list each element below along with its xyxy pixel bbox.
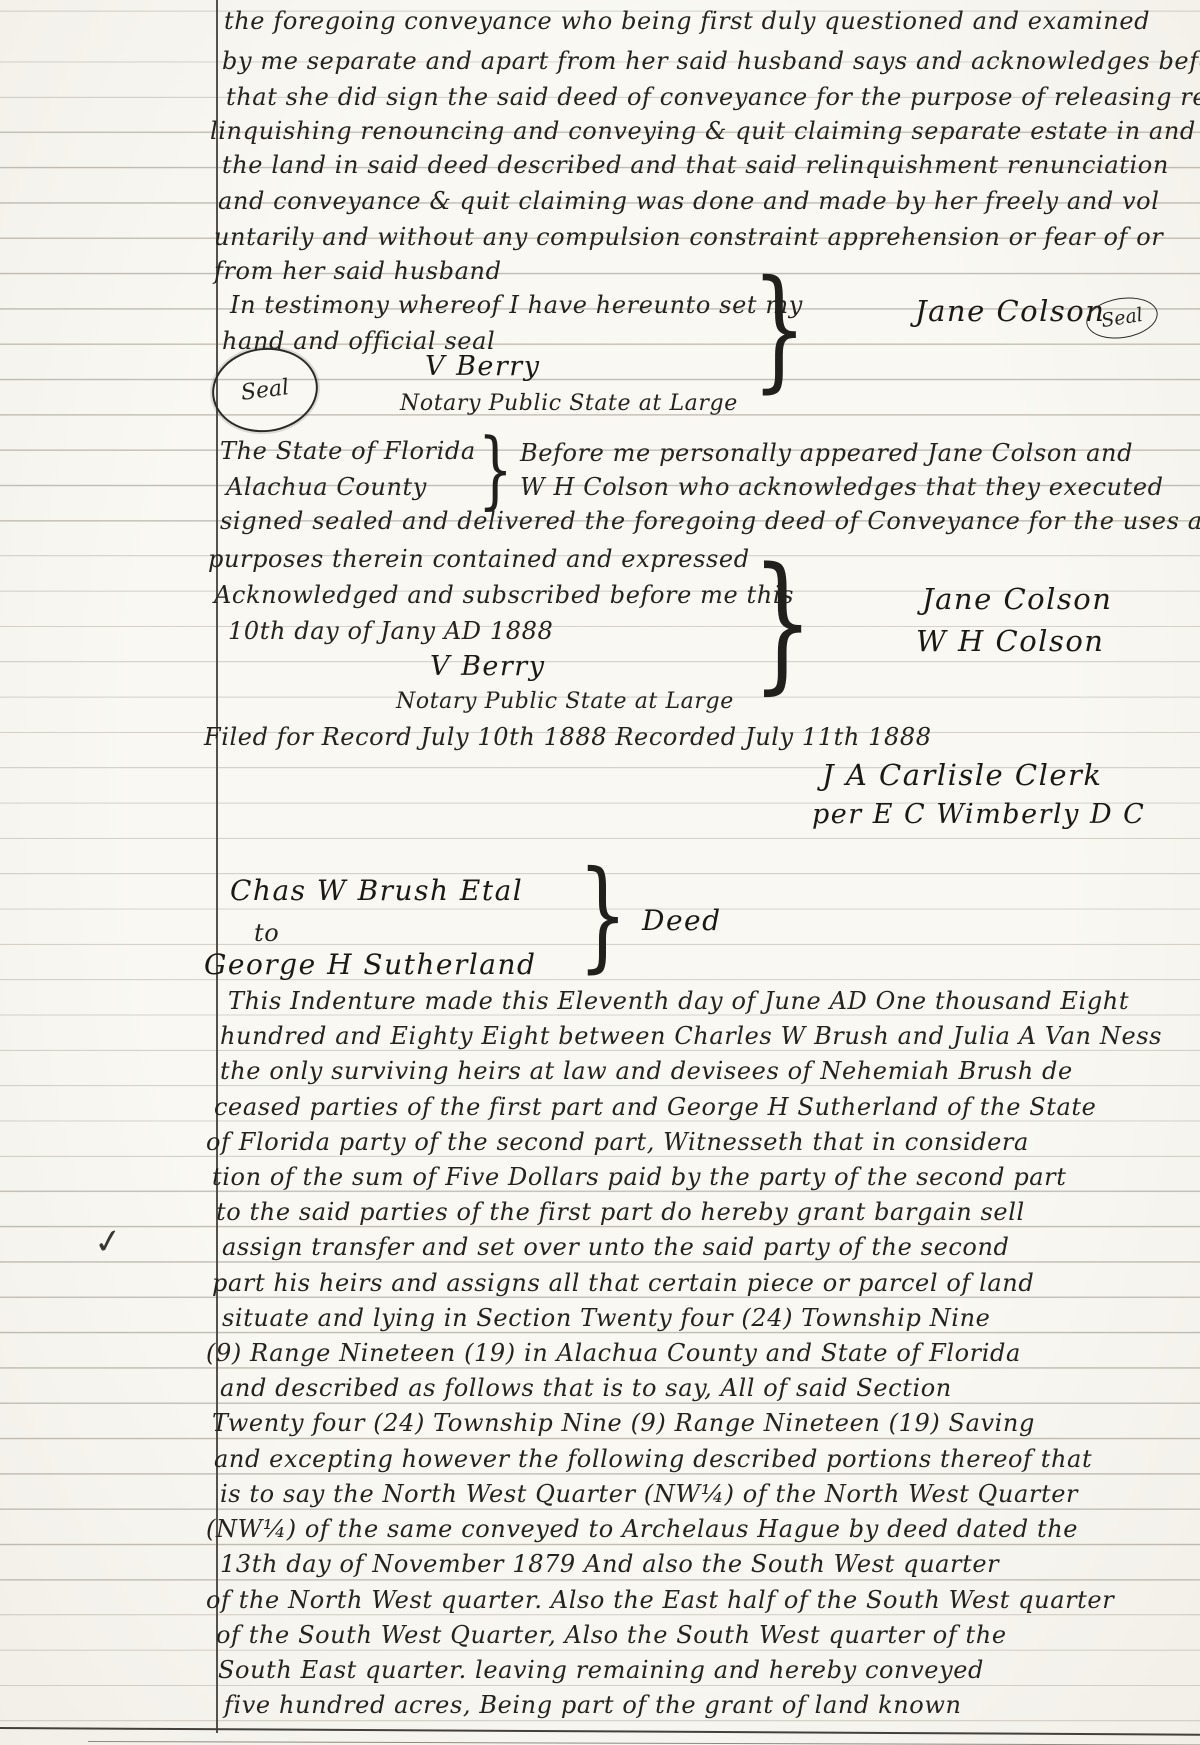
handwritten-line: untarily and without any compulsion cons… bbox=[214, 224, 1163, 250]
brace-glyph: } bbox=[578, 862, 628, 970]
deed-to-label: to bbox=[254, 920, 279, 946]
signature-clerk: J A Carlisle Clerk bbox=[822, 760, 1103, 792]
signature-deputy-clerk: per E C Wimberly D C bbox=[812, 800, 1145, 830]
brace-glyph: } bbox=[752, 556, 813, 689]
deed-body-line: This Indenture made this Eleventh day of… bbox=[228, 988, 1129, 1014]
deed-body-line: (9) Range Nineteen (19) in Alachua Count… bbox=[206, 1340, 1021, 1366]
acknowledgment-line: W H Colson who acknowledges that they ex… bbox=[520, 474, 1164, 500]
brace-glyph: } bbox=[478, 432, 513, 508]
deed-body-line: hundred and Eighty Eight between Charles… bbox=[220, 1023, 1162, 1049]
venue-county: Alachua County bbox=[226, 474, 427, 500]
deed-body-line: South East quarter. leaving remaining an… bbox=[218, 1657, 984, 1683]
deed-grantee: George H Sutherland bbox=[204, 950, 536, 981]
acknowledgment-date-line: 10th day of Jany AD 1888 bbox=[228, 618, 553, 644]
signature-notary: V Berry bbox=[430, 652, 545, 682]
notary-title: Notary Public State at Large bbox=[400, 392, 738, 416]
deed-body-line: assign transfer and set over unto the sa… bbox=[222, 1234, 1009, 1260]
deed-body-line: (NW¼) of the same conveyed to Archelaus … bbox=[206, 1516, 1078, 1542]
deed-body-line: the only surviving heirs at law and devi… bbox=[220, 1058, 1073, 1084]
signature-notary: V Berry bbox=[425, 352, 540, 382]
handwritten-line: the foregoing conveyance who being first… bbox=[224, 8, 1150, 34]
handwritten-line: that she did sign the said deed of conve… bbox=[226, 84, 1200, 110]
deed-instrument-label: Deed bbox=[642, 906, 722, 937]
notary-seal: Seal bbox=[207, 342, 322, 438]
deed-body-line: ceased parties of the first part and Geo… bbox=[214, 1094, 1096, 1120]
brace-glyph: } bbox=[752, 270, 807, 389]
handwritten-line: linquishing renouncing and conveying & q… bbox=[210, 118, 1200, 144]
testimony-line: In testimony whereof I have hereunto set… bbox=[230, 292, 803, 318]
signature-wh-colson: W H Colson bbox=[916, 626, 1104, 658]
deed-grantor: Chas W Brush Etal bbox=[230, 876, 523, 907]
page-bottom-edge bbox=[0, 1727, 1200, 1736]
acknowledgment-line: purposes therein contained and expressed bbox=[208, 546, 750, 572]
handwritten-line: the land in said deed described and that… bbox=[222, 152, 1169, 178]
deed-body-line: and described as follows that is to say,… bbox=[220, 1375, 952, 1401]
deed-body-line: is to say the North West Quarter (NW¼) o… bbox=[220, 1481, 1078, 1507]
signature-jane-colson: Jane Colson bbox=[922, 584, 1112, 616]
deed-body-line: to the said parties of the first part do… bbox=[216, 1199, 1025, 1225]
deed-body-line: five hundred acres, Being part of the gr… bbox=[224, 1692, 962, 1718]
deed-body-line: and excepting however the following desc… bbox=[214, 1446, 1092, 1472]
acknowledgment-line: Acknowledged and subscribed before me th… bbox=[214, 582, 794, 608]
deed-body-line: Twenty four (24) Township Nine (9) Range… bbox=[212, 1410, 1035, 1436]
deed-body-line: part his heirs and assigns all that cert… bbox=[212, 1270, 1034, 1296]
deed-body-line: of Florida party of the second part, Wit… bbox=[206, 1129, 1029, 1155]
deed-book-page: the foregoing conveyance who being first… bbox=[0, 0, 1200, 1745]
deed-body-line: of the North West quarter. Also the East… bbox=[206, 1587, 1114, 1613]
handwritten-line: from her said husband bbox=[214, 258, 502, 284]
notary-title: Notary Public State at Large bbox=[396, 690, 734, 714]
handwritten-line: by me separate and apart from her said h… bbox=[222, 48, 1200, 74]
filing-record-line: Filed for Record July 10th 1888 Recorded… bbox=[204, 724, 932, 750]
acknowledgment-line: Before me personally appeared Jane Colso… bbox=[520, 440, 1133, 466]
deed-body-line: of the South West Quarter, Also the Sout… bbox=[216, 1622, 1007, 1648]
page-bottom-edge-shadow bbox=[88, 1741, 1200, 1745]
margin-check-mark: ✓ bbox=[91, 1220, 125, 1264]
deed-body-line: tion of the sum of Five Dollars paid by … bbox=[212, 1164, 1067, 1190]
deed-body-line: 13th day of November 1879 And also the S… bbox=[220, 1551, 999, 1577]
venue-state: The State of Florida bbox=[220, 438, 476, 464]
acknowledgment-line: signed sealed and delivered the foregoin… bbox=[220, 508, 1200, 534]
signature-jane-colson: Jane Colson bbox=[915, 296, 1105, 328]
handwritten-line: and conveyance & quit claiming was done … bbox=[218, 188, 1160, 214]
deed-body-line: situate and lying in Section Twenty four… bbox=[222, 1305, 990, 1331]
